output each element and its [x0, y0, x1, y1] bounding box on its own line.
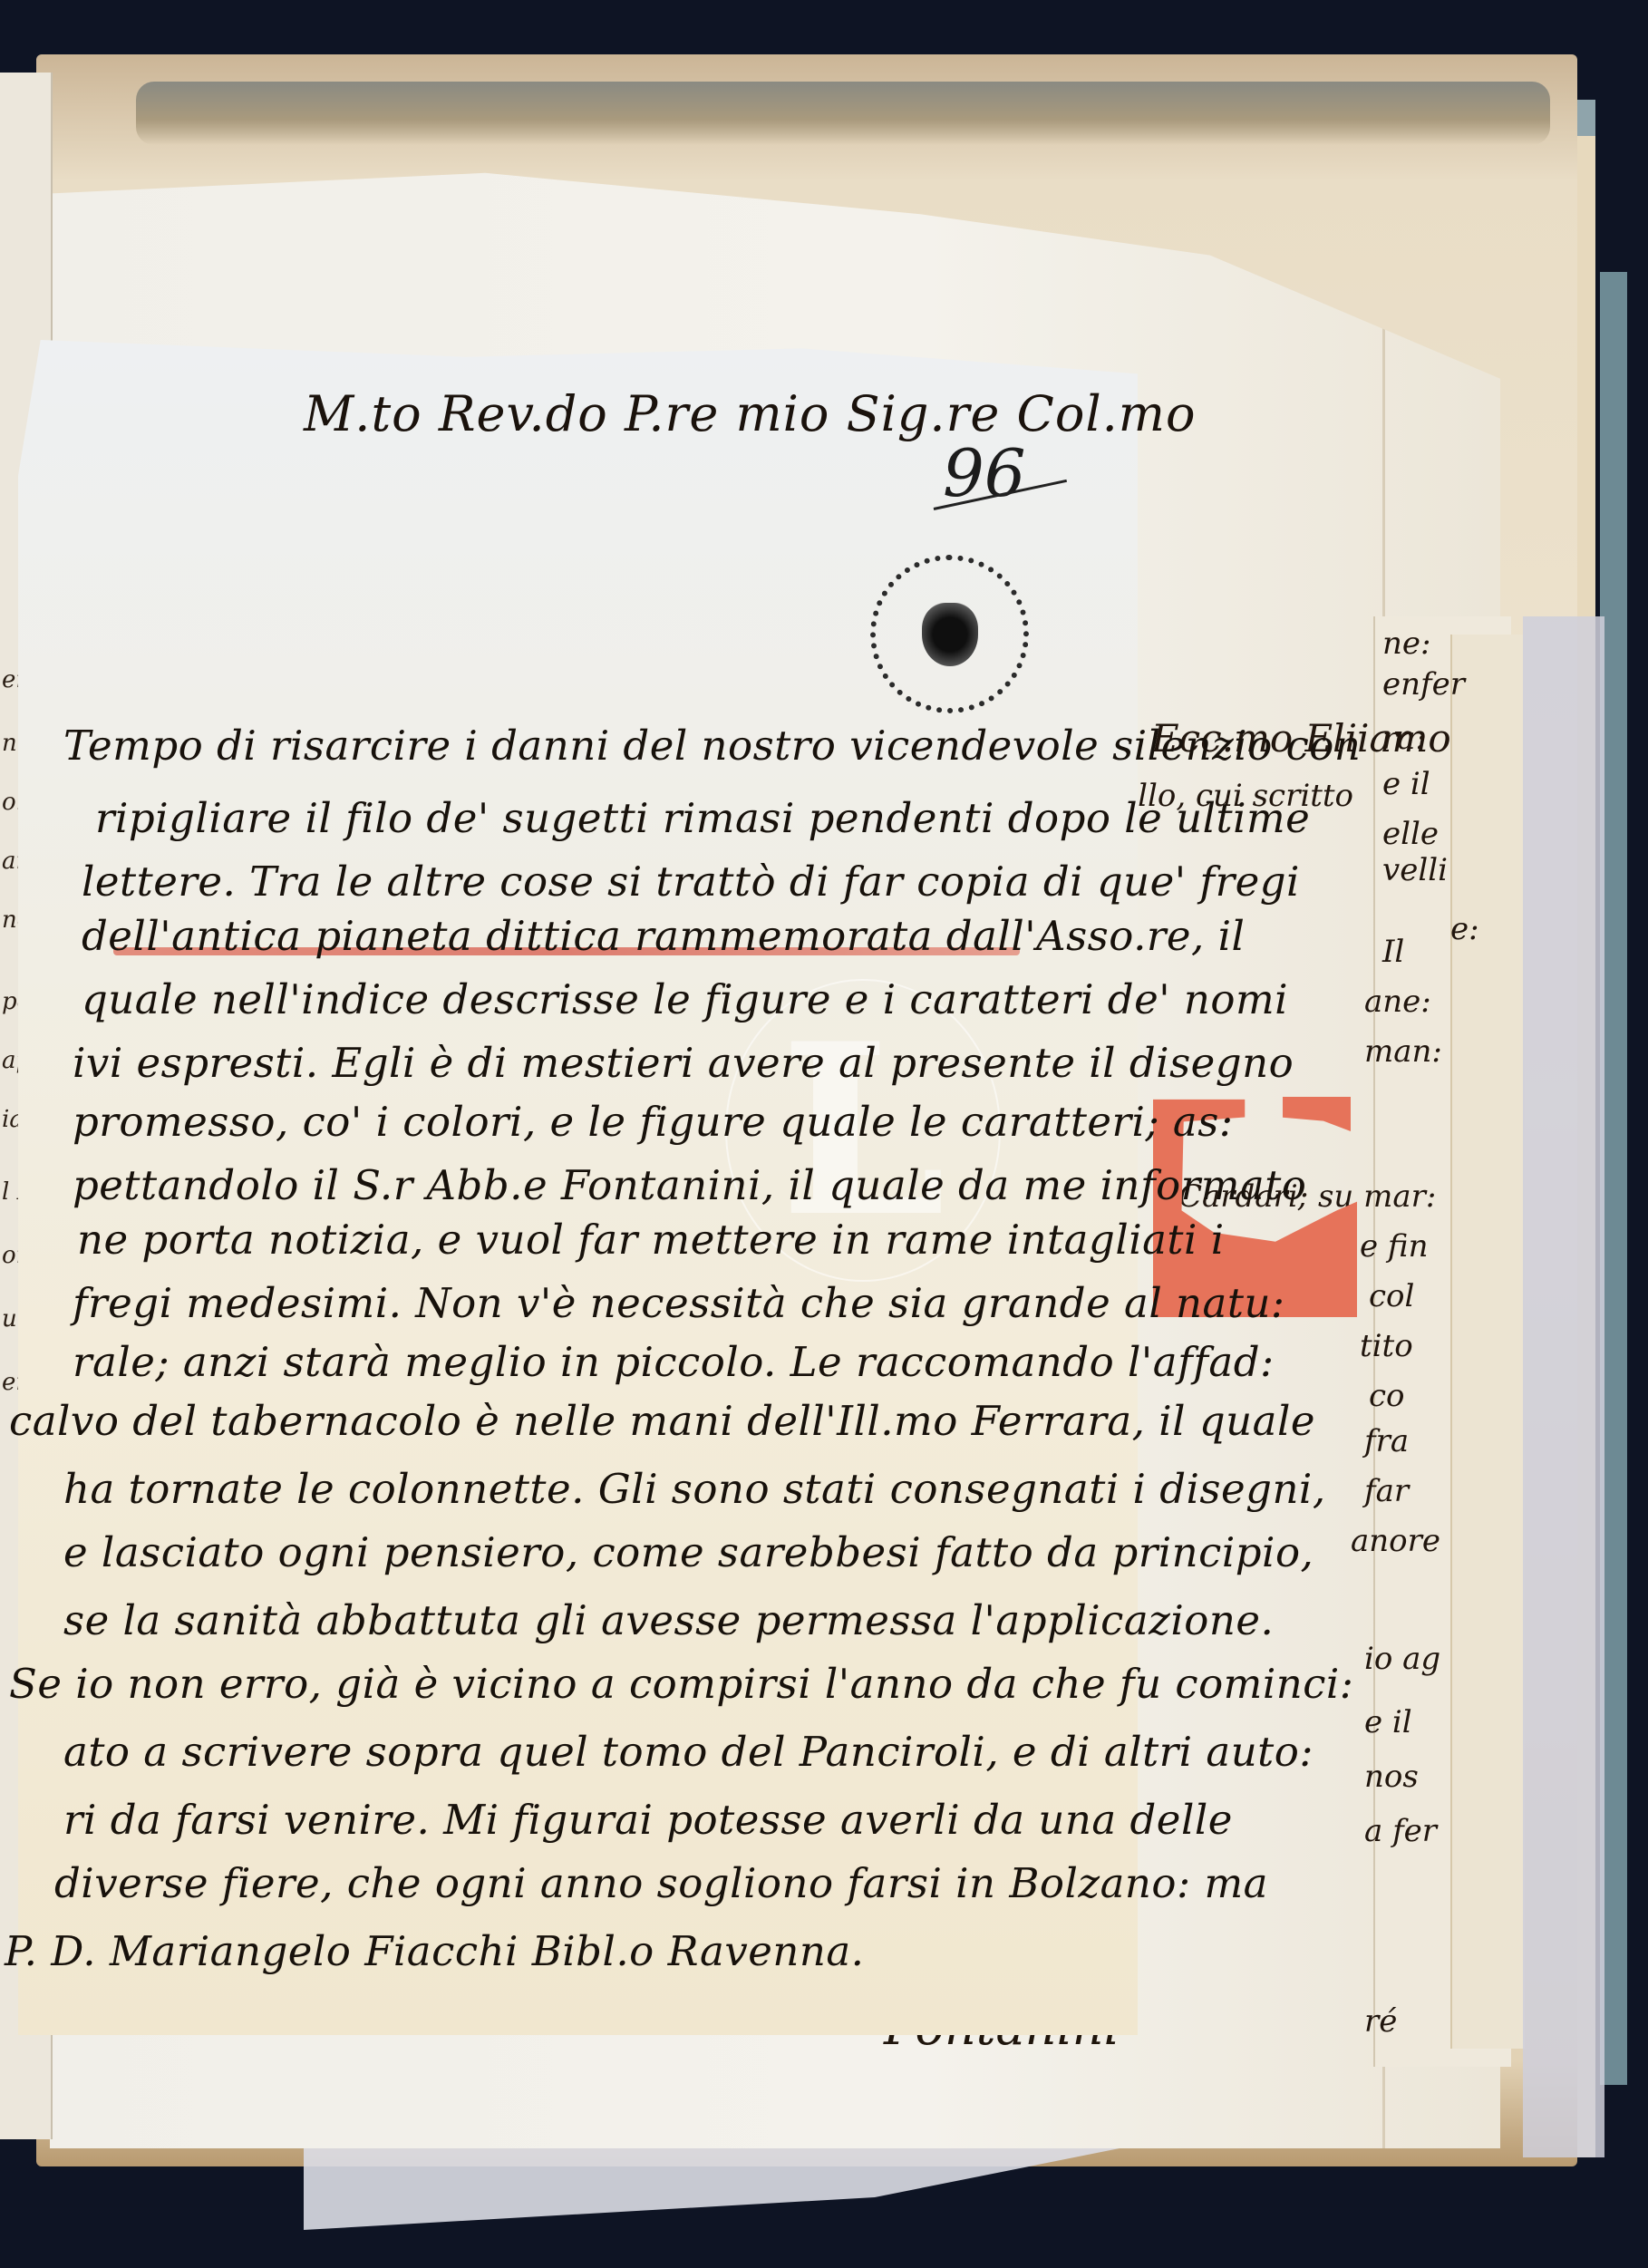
margin-fragment: nos: [1364, 1759, 1419, 1795]
margin-fragment: elle: [1382, 816, 1439, 852]
margin-fragment: co: [1369, 1378, 1405, 1414]
margin-fragment: ane:: [1364, 984, 1431, 1020]
addressee-line: P. D. Mariangelo Fiacchi Bibl.o Ravenna.: [5, 1931, 864, 1972]
body-line: ha tornate le colonnette. Gli sono stati…: [63, 1468, 1326, 1509]
body-line: dell'antica pianeta dittica rammemorata …: [82, 916, 1245, 956]
body-line: quale nell'indice descrisse le figure e …: [82, 979, 1288, 1020]
body-line: ivi espresti. Egli è di mestieri avere a…: [73, 1042, 1294, 1083]
body-line: e lasciato ogni pensiero, come sarebbesi…: [63, 1532, 1314, 1573]
margin-fragment: io ag: [1364, 1641, 1440, 1677]
margin-fragment: man:: [1364, 1033, 1442, 1070]
body-line: Se io non erro, già è vicino a compirsi …: [9, 1663, 1353, 1704]
body-line: ripigliare il filo de' sugetti rimasi pe…: [95, 798, 1310, 838]
margin-fragment: anore: [1351, 1523, 1440, 1559]
margin-fragment: ré: [1364, 2003, 1397, 2040]
margin-fragment: a fer: [1364, 1813, 1437, 1849]
margin-fragment: enfer: [1382, 666, 1465, 703]
margin-fragment: e fin: [1360, 1228, 1429, 1265]
right-margin-sheet-2: [1450, 635, 1525, 2049]
body-line: rale; anzi starà meglio in piccolo. Le r…: [73, 1342, 1275, 1382]
library-stamp-icon: [870, 555, 1029, 713]
body-line: lettere. Tra le altre cose si trattò di …: [82, 861, 1300, 902]
tissue-bottom: [304, 2148, 1120, 2230]
body-line: diverse fiere, che ogni anno sogliono fa…: [54, 1863, 1268, 1904]
margin-fragment: e:: [1450, 911, 1479, 947]
salutation: M.to Rev.do P.re mio Sig.re Col.mo: [304, 385, 1197, 442]
body-line: ato a scrivere sopra quel tomo del Panci…: [63, 1731, 1314, 1772]
folio-number: 96: [943, 435, 1026, 511]
margin-fragment: ne:: [1382, 625, 1430, 662]
margin-fragment: col: [1369, 1278, 1414, 1314]
margin-fragment: fra: [1364, 1423, 1409, 1459]
margin-fragment: velli: [1382, 852, 1448, 888]
tissue-interleaf: [1523, 616, 1604, 2157]
body-line: ri da farsi venire. Mi figurai potesse a…: [63, 1799, 1233, 1840]
body-line: promesso, co' i colori, e le figure qual…: [73, 1101, 1234, 1142]
body-line: pettandolo il S.r Abb.e Fontanini, il qu…: [73, 1165, 1306, 1206]
margin-fragment: e il: [1364, 1704, 1412, 1740]
margin-fragment: far: [1364, 1473, 1409, 1509]
stamp-center: [922, 603, 978, 666]
body-line: se la sanità abbattuta gli avesse permes…: [63, 1600, 1274, 1641]
margin-fragment: ra:: [1382, 721, 1426, 757]
body-line: fregi medesimi. Non v'è necessità che si…: [73, 1283, 1285, 1323]
margin-fragment: Il: [1382, 934, 1404, 970]
body-line: calvo del tabernacolo è nelle mani dell'…: [9, 1401, 1315, 1441]
top-stain: [136, 82, 1550, 145]
margin-fragment: e il: [1382, 766, 1430, 802]
body-line: ne porta notizia, e vuol far mettere in …: [77, 1219, 1225, 1260]
body-line: Tempo di risarcire i danni del nostro vi…: [63, 725, 1361, 766]
margin-fragment: tito: [1360, 1328, 1413, 1364]
